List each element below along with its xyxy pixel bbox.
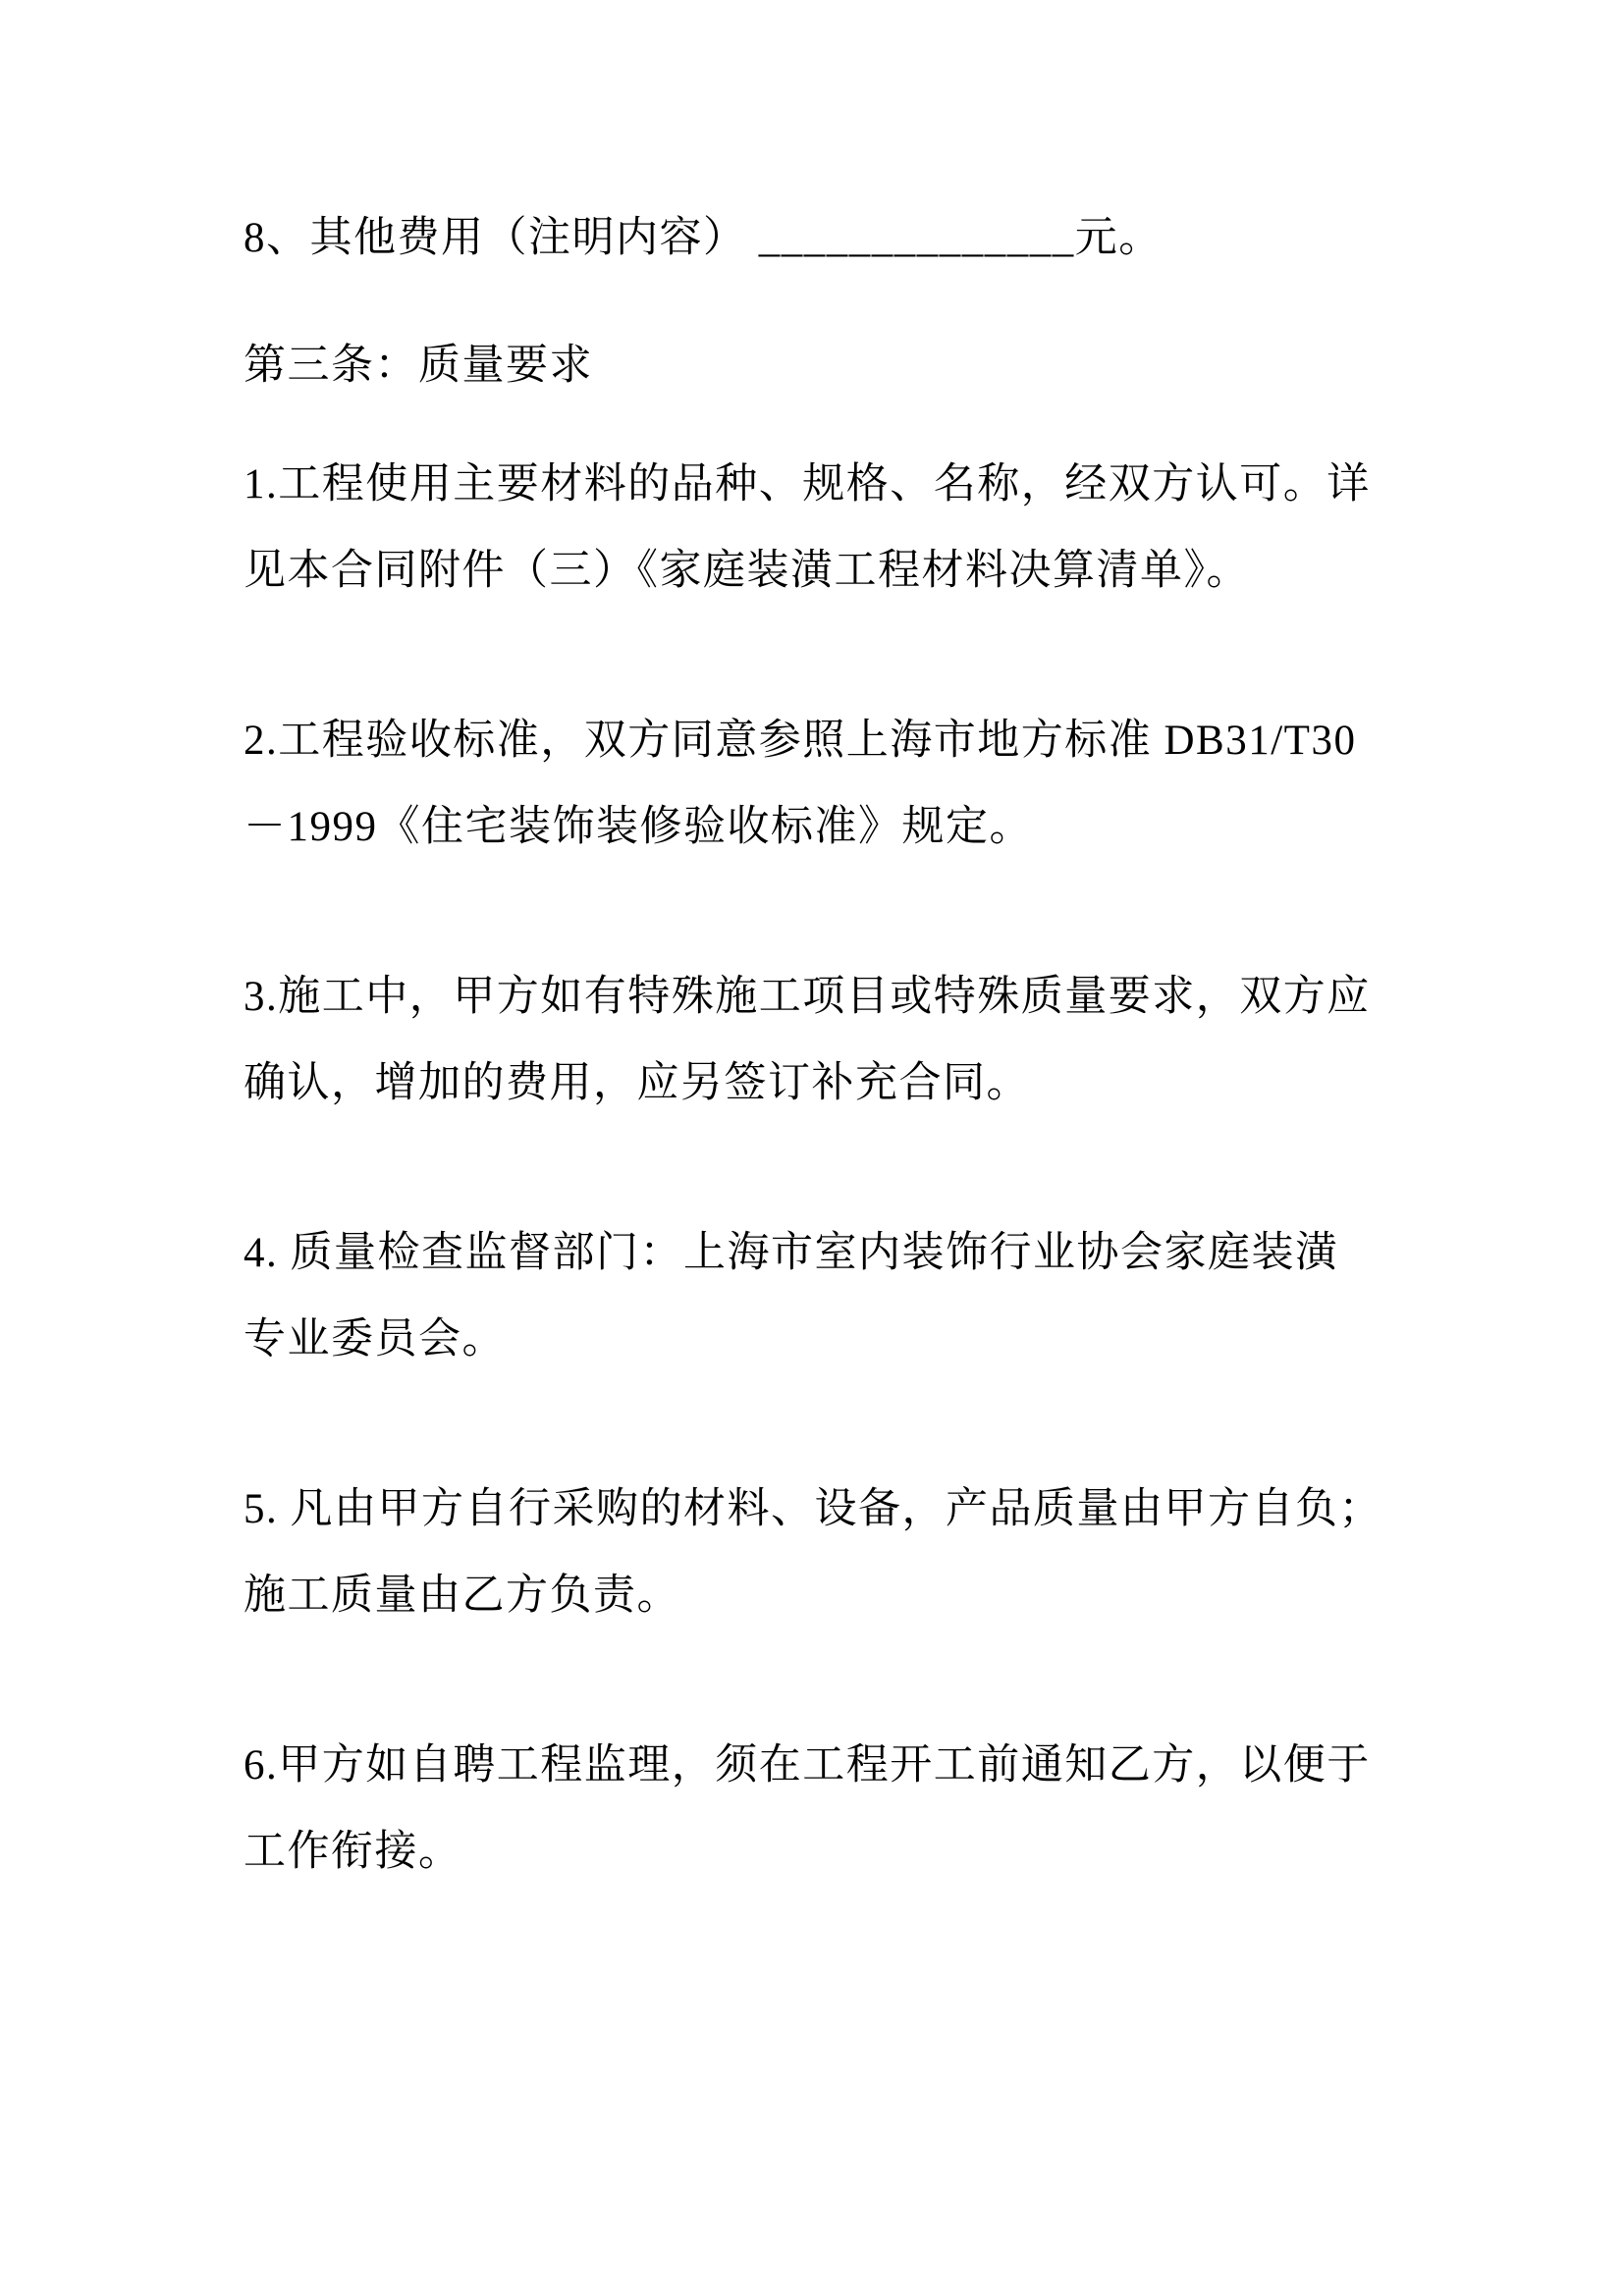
text-line: 8、其他费用（注明内容） ______________元。 bbox=[244, 195, 1432, 282]
text-line: 6.甲方如自聘工程监理，须在工程开工前通知乙方，以便于 bbox=[244, 1723, 1432, 1809]
article-heading-text: 第三条：质量要求 bbox=[244, 323, 1432, 409]
text-line: 施工质量由乙方负责。 bbox=[244, 1553, 1432, 1639]
text-line: 4. 质量检查监督部门：上海市室内装饰行业协会家庭装潢 bbox=[244, 1210, 1432, 1297]
paragraph-article-3-heading: 第三条：质量要求 bbox=[244, 323, 1432, 409]
text-line: 1.工程使用主要材料的品种、规格、名称，经双方认可。详 bbox=[244, 442, 1432, 528]
text-line: 5. 凡由甲方自行采购的材料、设备，产品质量由甲方自负； bbox=[244, 1467, 1432, 1553]
paragraph-clause-2: 2.工程验收标准，双方同意参照上海市地方标准 DB31/T30 －1999《住宅… bbox=[244, 698, 1432, 871]
text-line: 工作衔接。 bbox=[244, 1809, 1432, 1896]
paragraph-clause-5: 5. 凡由甲方自行采购的材料、设备，产品质量由甲方自负； 施工质量由乙方负责。 bbox=[244, 1467, 1432, 1639]
text-line: 见本合同附件（三）《家庭装潢工程材料决算清单》。 bbox=[244, 528, 1432, 614]
paragraph-clause-1: 1.工程使用主要材料的品种、规格、名称，经双方认可。详 见本合同附件（三）《家庭… bbox=[244, 442, 1432, 614]
text-line: 3.施工中，甲方如有特殊施工项目或特殊质量要求，双方应 bbox=[244, 954, 1432, 1041]
paragraph-other-fees: 8、其他费用（注明内容） ______________元。 bbox=[244, 195, 1432, 282]
contract-text-body: 8、其他费用（注明内容） ______________元。 第三条：质量要求 1… bbox=[244, 195, 1432, 1979]
paragraph-clause-3: 3.施工中，甲方如有特殊施工项目或特殊质量要求，双方应 确认，增加的费用，应另签… bbox=[244, 954, 1432, 1127]
text-line: －1999《住宅装饰装修验收标准》规定。 bbox=[244, 784, 1432, 871]
paragraph-clause-6: 6.甲方如自聘工程监理，须在工程开工前通知乙方，以便于 工作衔接。 bbox=[244, 1723, 1432, 1896]
text-line: 专业委员会。 bbox=[244, 1297, 1432, 1383]
text-line: 2.工程验收标准，双方同意参照上海市地方标准 DB31/T30 bbox=[244, 698, 1432, 784]
text-line: 确认，增加的费用，应另签订补充合同。 bbox=[244, 1041, 1432, 1127]
document-page: 8、其他费用（注明内容） ______________元。 第三条：质量要求 1… bbox=[0, 0, 1624, 2296]
paragraph-clause-4: 4. 质量检查监督部门：上海市室内装饰行业协会家庭装潢 专业委员会。 bbox=[244, 1210, 1432, 1383]
